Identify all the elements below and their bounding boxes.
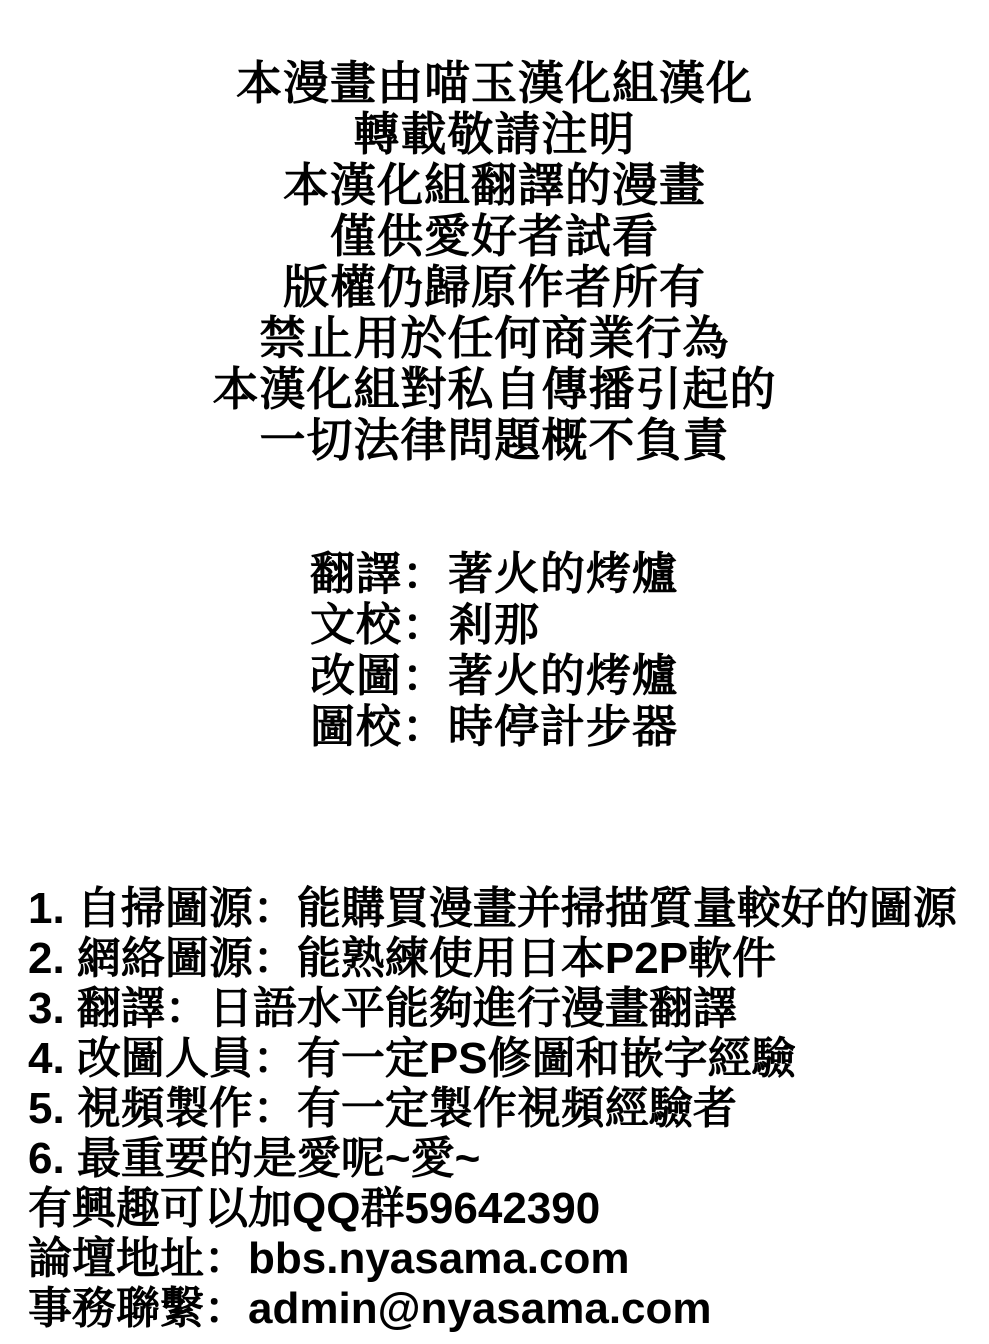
recruitment-list-block: 1. 自掃圖源：能購買漫畫并掃描質量較好的圖源 2. 網絡圖源：能熟練使用日本P… (28, 884, 957, 1184)
contact-qq-group-line: 有興趣可以加QQ群59642390 (28, 1184, 712, 1234)
notice-line: 本漢化組翻譯的漫畫 (0, 160, 989, 211)
staff-credits-block: 翻譯：著火的烤爐 文校：剎那 改圖：著火的烤爐 圖校：時停計步器 (310, 548, 678, 752)
notice-line: 僅供愛好者試看 (0, 211, 989, 262)
recruit-item: 4. 改圖人員：有一定PS修圖和嵌字經驗 (28, 1034, 957, 1084)
notice-line: 一切法律問題概不負責 (0, 415, 989, 466)
notice-line: 本漫畫由喵玉漢化組漢化 (0, 58, 989, 109)
credit-line-translator: 翻譯：著火的烤爐 (310, 548, 678, 599)
credit-line-proofreader: 文校：剎那 (310, 599, 678, 650)
contact-email-line: 事務聯繫：admin@nyasama.com (28, 1284, 712, 1334)
notice-line: 本漢化組對私自傳播引起的 (0, 364, 989, 415)
contact-info-block: 有興趣可以加QQ群59642390 論壇地址：bbs.nyasama.com 事… (28, 1184, 712, 1334)
recruit-item: 1. 自掃圖源：能購買漫畫并掃描質量較好的圖源 (28, 884, 957, 934)
notice-line: 版權仍歸原作者所有 (0, 262, 989, 313)
recruit-item: 2. 網絡圖源：能熟練使用日本P2P軟件 (28, 934, 957, 984)
notice-line: 禁止用於任何商業行為 (0, 313, 989, 364)
credit-line-image-editor: 改圖：著火的烤爐 (310, 650, 678, 701)
recruit-item: 5. 視頻製作：有一定製作視頻經驗者 (28, 1084, 957, 1134)
scanlation-credits-page: 本漫畫由喵玉漢化組漢化 轉載敬請注明 本漢化組翻譯的漫畫 僅供愛好者試看 版權仍… (0, 0, 989, 1344)
copyright-notice-block: 本漫畫由喵玉漢化組漢化 轉載敬請注明 本漢化組翻譯的漫畫 僅供愛好者試看 版權仍… (0, 58, 989, 466)
notice-line: 轉載敬請注明 (0, 109, 989, 160)
contact-forum-line: 論壇地址：bbs.nyasama.com (28, 1234, 712, 1284)
credit-line-image-checker: 圖校：時停計步器 (310, 701, 678, 752)
recruit-item: 6. 最重要的是愛呢~愛~ (28, 1134, 957, 1184)
recruit-item: 3. 翻譯：日語水平能夠進行漫畫翻譯 (28, 984, 957, 1034)
